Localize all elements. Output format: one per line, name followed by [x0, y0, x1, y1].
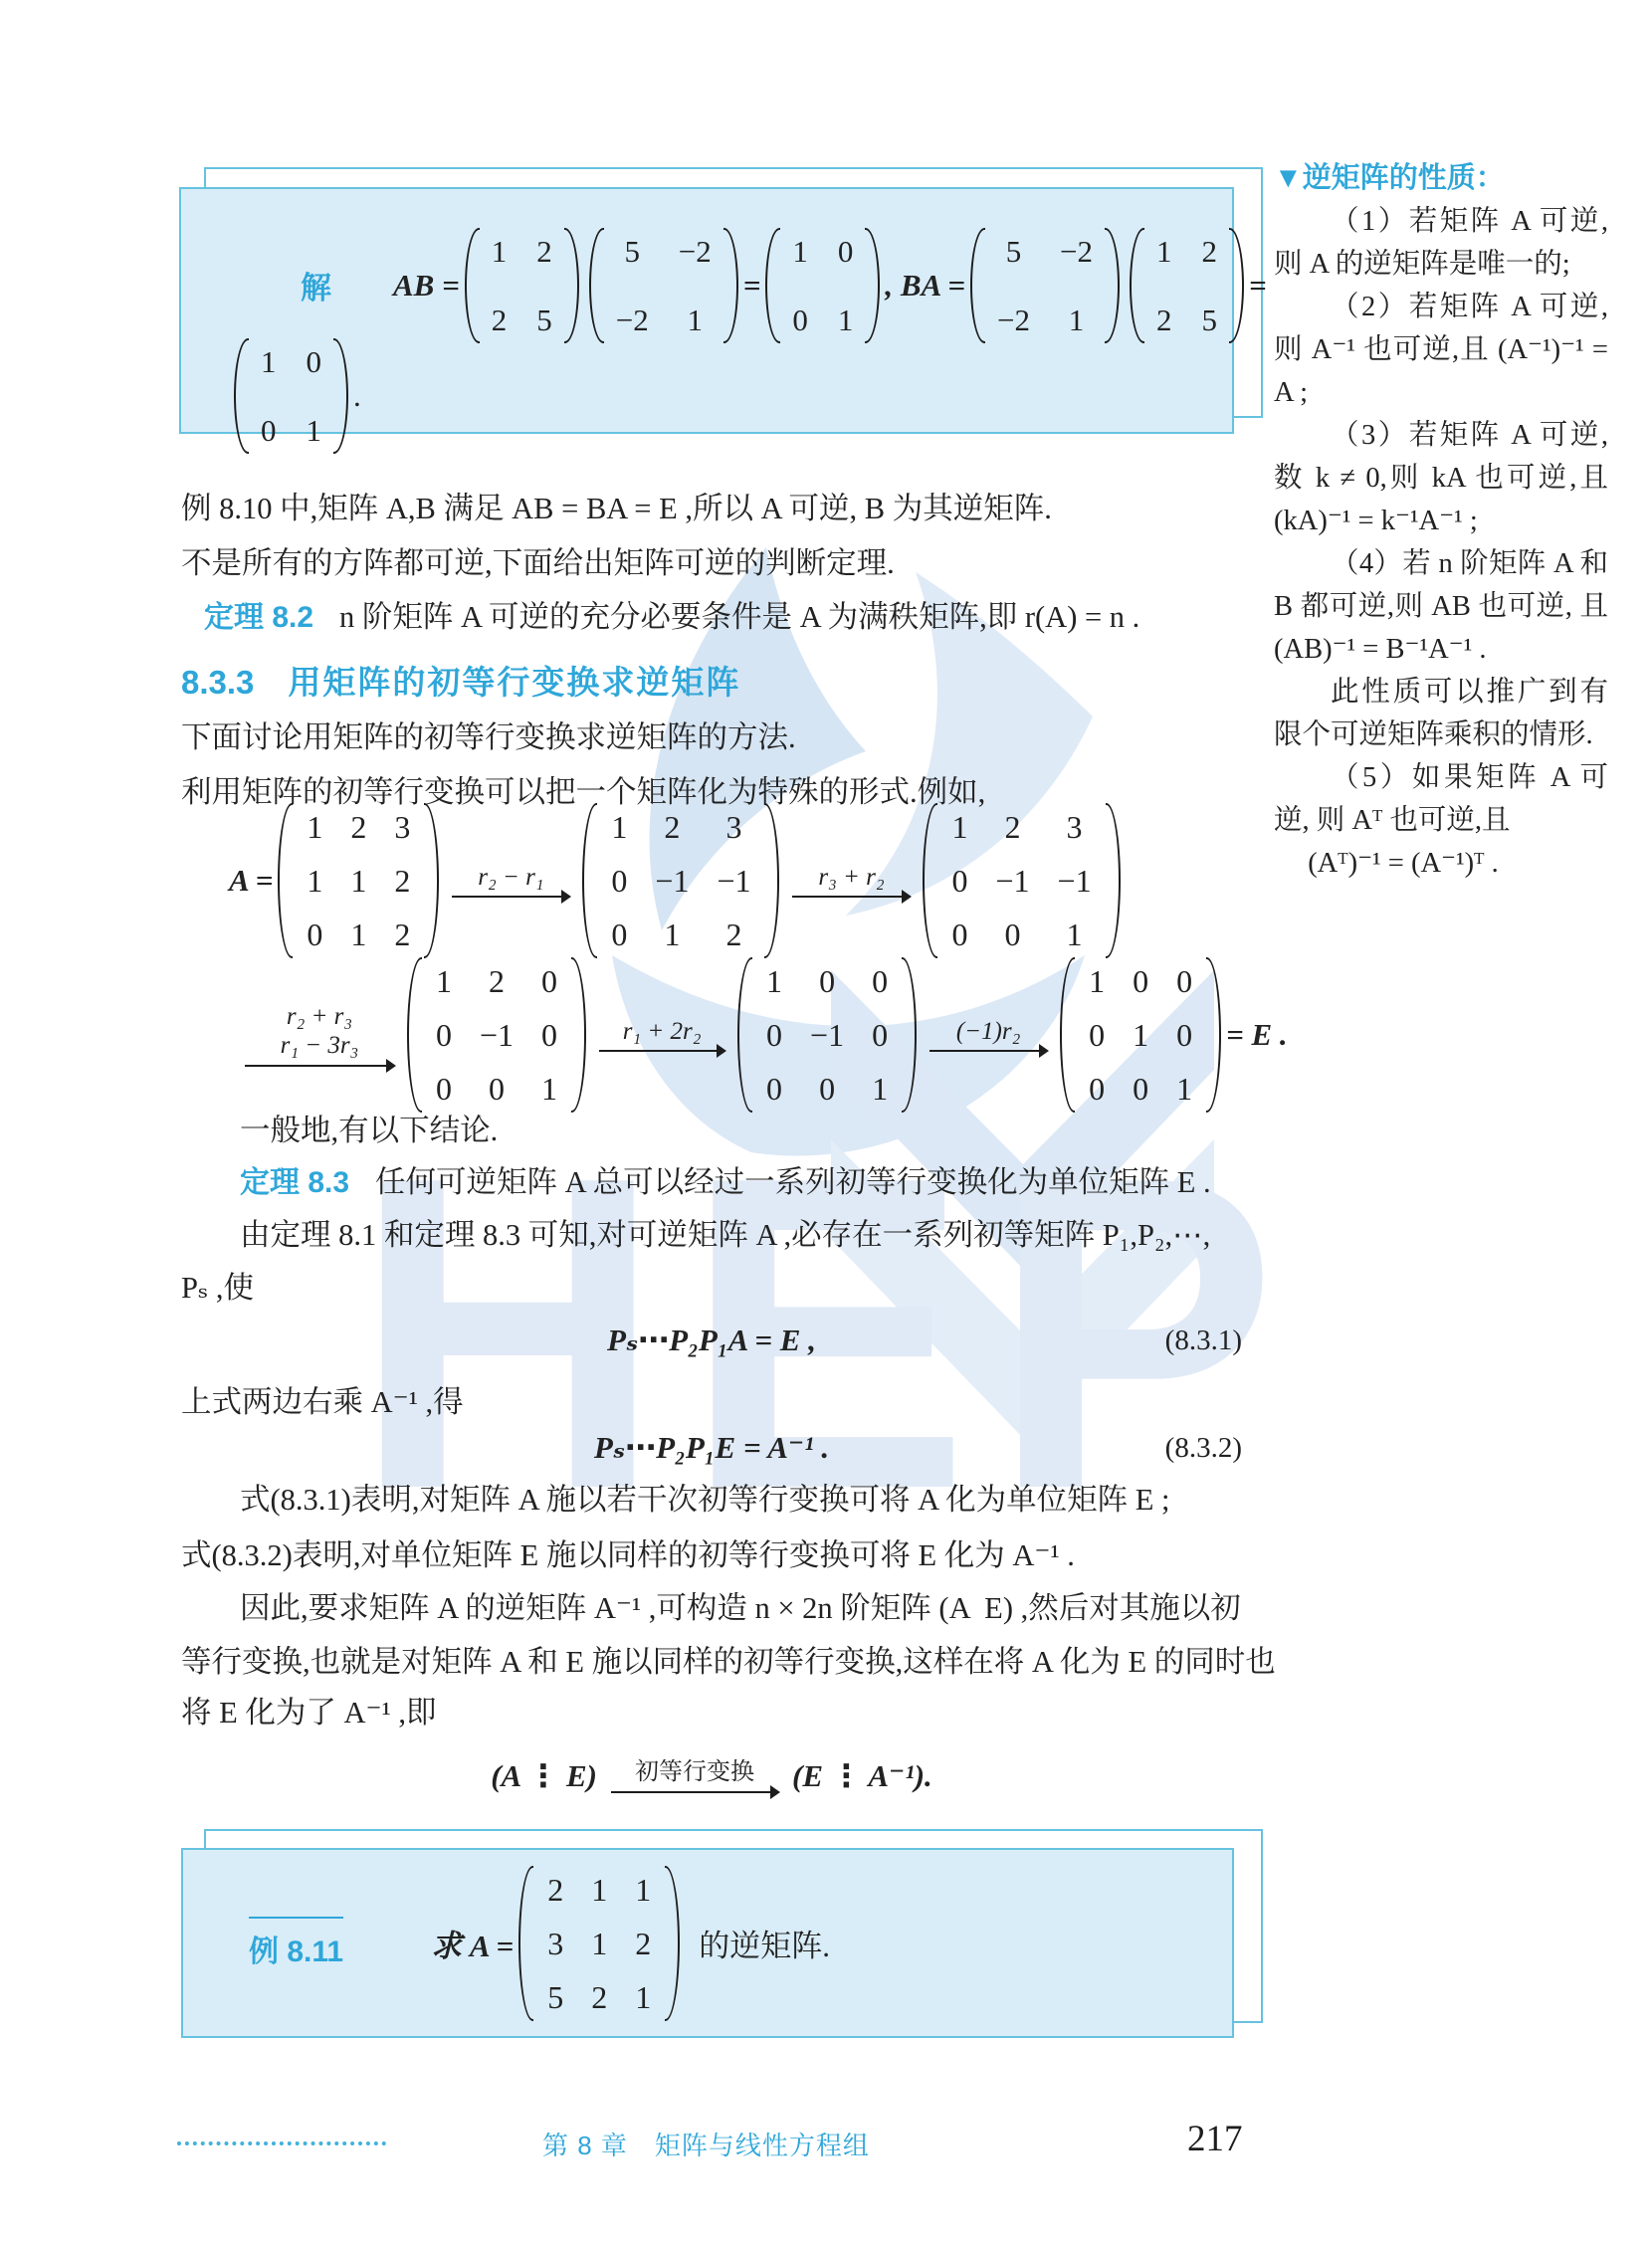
paragraph: 将 E 化为了 A⁻¹ ,即 — [181, 1693, 1242, 1732]
solution-line-2: 1001 . — [181, 363, 1232, 429]
paragraph: 式(8.3.2)表明,对单位矩阵 E 施以同样的初等行变换可将 E 化为 A⁻¹… — [181, 1535, 1242, 1575]
row-op-arrow: r₁ + 2r₂ — [599, 1018, 724, 1053]
equals-sign-2: = — [1249, 268, 1267, 304]
augmented-rhs: (E ⋮ A⁻¹). — [792, 1758, 932, 1794]
equation-8-3-1: Pₛ⋯P₂P₁A = E , (8.3.1) — [181, 1319, 1242, 1362]
period: . — [353, 378, 361, 414]
matrix-a-label: A = — [229, 863, 273, 899]
solve-label: 解 — [301, 263, 331, 307]
row-op-arrow: r₂ − r₁ — [452, 864, 569, 899]
example-8-11-box: 例 8.11 求 A = 211312521 的逆矩阵. — [181, 1848, 1234, 2038]
margin-note-inverse-properties: ▼逆矩阵的性质： （1）若矩阵 A 可逆, 则 A 的逆矩阵是唯一的; （2）若… — [1274, 157, 1608, 885]
equation-formula: Pₛ⋯P₂P₁A = E , — [607, 1323, 816, 1358]
section-title: 用矩阵的初等行变换求逆矩阵 — [288, 664, 740, 701]
paragraph: Pₛ ,使 — [181, 1268, 1242, 1308]
elementary-row-ops-arrow: 初等行变换 — [611, 1759, 778, 1793]
matrix-a: 1225 — [465, 228, 579, 343]
margin-note-title: ▼逆矩阵的性质： — [1274, 157, 1608, 200]
matrix-identity: 1001 — [765, 228, 880, 343]
equals-e: = E . — [1226, 1017, 1288, 1053]
textbook-page: { "colors": { "accent": "#2ea6d9", "box_… — [0, 0, 1652, 2241]
matrix-b: 5−2−21 — [589, 228, 738, 343]
equation-8-3-2: Pₛ⋯P₂P₁E = A⁻¹ . (8.3.2) — [181, 1426, 1242, 1470]
paragraph: 一般地,有以下结论. — [240, 1111, 1301, 1150]
matrix-a2: 1225 — [1130, 228, 1244, 343]
problem-lead: 求 A = — [431, 1921, 514, 1965]
example-label: 例 8.11 — [249, 1917, 343, 1970]
matrix-identity-result: 100010001 — [1060, 957, 1221, 1113]
equation-number: (8.3.1) — [1165, 1324, 1242, 1357]
augmented-matrix-equation: (A ⋮ E) 初等行变换 (E ⋮ A⁻¹). — [181, 1739, 1242, 1813]
matrix-step-2: 1230−1−1001 — [923, 803, 1120, 958]
paragraph: 式(8.3.1)表明,对矩阵 A 施以若干次初等行变换可将 A 化为单位矩阵 E… — [240, 1480, 1301, 1520]
example-8-10-solution-box: 解 AB = 1225 5−2−21 = 1001 , BA = 5−2−21 … — [179, 187, 1234, 434]
row-reduction-chain-line-1: A = 123112012 r₂ − r₁ 1230−1−1012 r₃ + r… — [229, 806, 1126, 955]
paragraph: 因此,要求矩阵 A 的逆矩阵 A⁻¹ ,可构造 n × 2n 阶矩阵 (A E)… — [240, 1588, 1301, 1628]
section-number: 8.3.3 — [181, 664, 254, 701]
paragraph: 下面讨论用矩阵的初等行变换求逆矩阵的方法. — [181, 717, 1242, 757]
matrix-step-1: 1230−1−1012 — [582, 803, 779, 958]
matrix-step-4: 1000−10001 — [737, 957, 917, 1113]
property-note: 此性质可以推广到有限个可逆矩阵乘积的情形. — [1274, 671, 1608, 756]
theorem-text: n 阶矩阵 A 可逆的充分必要条件是 A 为满秩矩阵,即 r(A) = n . — [339, 600, 1139, 634]
theorem-label: 定理 8.2 — [204, 601, 313, 634]
equals-sign: = — [743, 268, 761, 304]
theorem-label: 定理 8.3 — [240, 1166, 349, 1199]
theorem-8-3: 定理 8.3任何可逆矩阵 A 总可以经过一系列初等行变换化为单位矩阵 E . — [240, 1162, 1301, 1203]
equation-formula: Pₛ⋯P₂P₁E = A⁻¹ . — [594, 1430, 829, 1466]
matrix-a-8-11: 211312521 — [518, 1866, 680, 2021]
row-reduction-chain-line-2: r₂ + r₃r₁ − 3r₃ 1200−10001 r₁ + 2r₂ 1000… — [237, 960, 1288, 1110]
formula-ba: , BA = — [885, 268, 965, 304]
matrix-identity-2: 1001 — [234, 338, 348, 454]
paragraph: 例 8.10 中,矩阵 A,B 满足 AB = BA = E ,所以 A 可逆,… — [181, 489, 1242, 528]
paragraph: 等行变换,也就是对矩阵 A 和 E 施以同样的初等行变换,这样在将 A 化为 E… — [181, 1642, 1242, 1682]
row-op-arrow: (−1)r₂ — [929, 1018, 1047, 1053]
property-3: （3）若矩阵 A 可逆, 数 k ≠ 0,则 kA 也可逆,且 (kA)⁻¹ =… — [1274, 414, 1608, 542]
paragraph: 由定理 8.1 和定理 8.3 可知,对可逆矩阵 A ,必存在一系列初等矩阵 P… — [240, 1215, 1301, 1255]
paragraph: 不是所有的方阵都可逆,下面给出矩阵可逆的判断定理. — [181, 543, 1242, 583]
matrix-step-3: 1200−10001 — [407, 957, 586, 1113]
footer-chapter-title: 第 8 章 矩阵与线性方程组 — [542, 2126, 870, 2162]
theorem-text: 任何可逆矩阵 A 总可以经过一系列初等行变换化为单位矩阵 E . — [375, 1165, 1211, 1199]
matrix-b2: 5−2−21 — [970, 228, 1120, 343]
footer-page-number: 217 — [1187, 2118, 1243, 2160]
theorem-8-2: 定理 8.2n 阶矩阵 A 可逆的充分必要条件是 A 为满秩矩阵,即 r(A) … — [204, 597, 1265, 638]
property-2: （2）若矩阵 A 可逆,则 A⁻¹ 也可逆,且 (A⁻¹)⁻¹ = A ; — [1274, 286, 1608, 414]
row-op-arrow: r₃ + r₂ — [792, 864, 910, 899]
augmented-lhs: (A ⋮ E) — [491, 1758, 597, 1794]
footer-dotted-rule — [177, 2141, 386, 2145]
property-5: （5）如果矩阵 A 可逆, 则 Aᵀ 也可逆,且 — [1274, 756, 1608, 842]
section-heading-8-3-3: 8.3.3用矩阵的初等行变换求逆矩阵 — [181, 657, 740, 704]
equation-number: (8.3.2) — [1165, 1432, 1242, 1465]
matrix-step-0: 123112012 — [278, 803, 439, 958]
property-4: （4）若 n 阶矩阵 A 和 B 都可逆,则 AB 也可逆, 且 (AB)⁻¹ … — [1274, 542, 1608, 671]
formula-ab: AB = — [393, 268, 460, 304]
property-5-formula: (Aᵀ)⁻¹ = (A⁻¹)ᵀ . — [1274, 842, 1608, 885]
row-op-arrow: r₂ + r₃r₁ − 3r₃ — [245, 1003, 394, 1067]
paragraph: 上式两边右乘 A⁻¹ ,得 — [181, 1382, 1242, 1422]
property-1: （1）若矩阵 A 可逆, 则 A 的逆矩阵是唯一的; — [1274, 200, 1608, 286]
problem-tail: 的逆矩阵. — [699, 1921, 830, 1965]
